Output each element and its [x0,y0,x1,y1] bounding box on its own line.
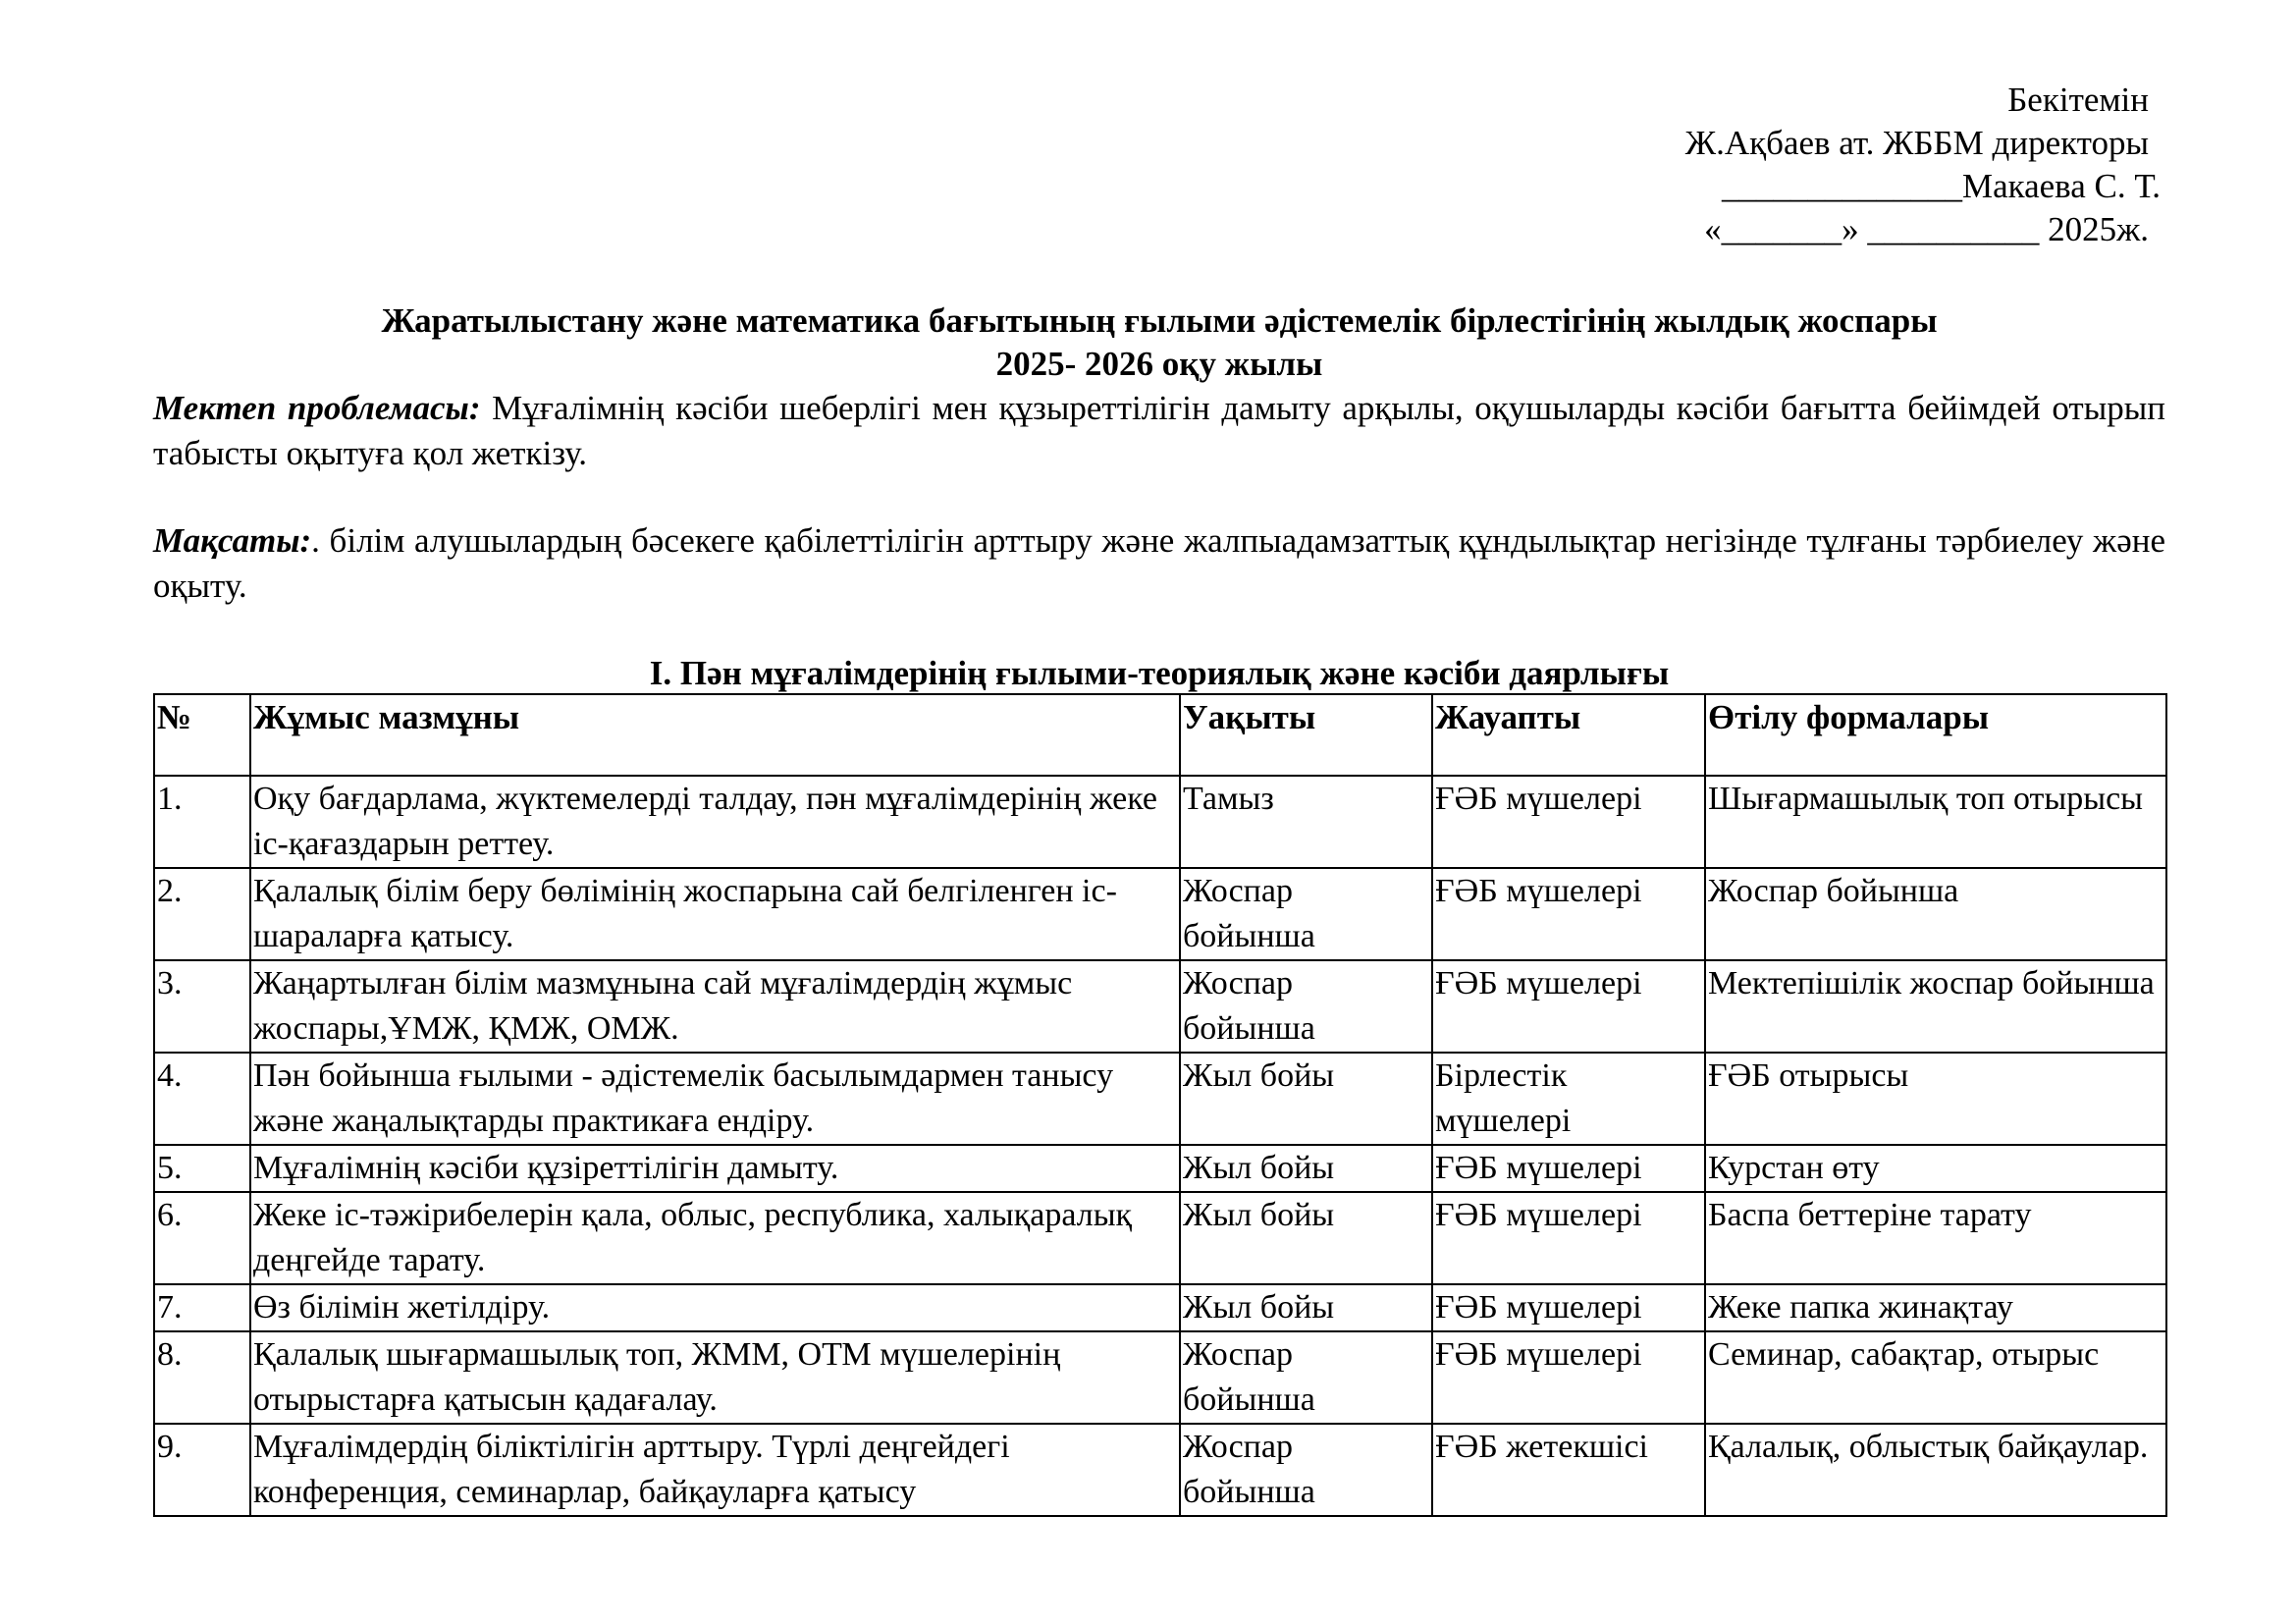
school-problem-label: Мектеп проблемасы: [153,389,481,427]
cell-form: Семинар, сабақтар, отырыс [1705,1331,2166,1424]
cell-number: 3. [154,960,250,1053]
document-title-main: Жаратылыстану және математика бағытының … [153,299,2165,343]
table-row: 7. Өз білімін жетілдіру. Жыл бойы ҒӘБ мү… [154,1284,2166,1331]
header-form: Өтілу формалары [1705,694,2166,776]
cell-time: Жыл бойы [1180,1284,1432,1331]
cell-time: Жоспар бойынша [1180,960,1432,1053]
header-responsible: Жауапты [1432,694,1705,776]
cell-form: Мектепішілік жоспар бойынша [1705,960,2166,1053]
cell-number: 6. [154,1192,250,1284]
table-row: 5. Мұғалімнің кәсіби құзіреттілігін дамы… [154,1145,2166,1192]
approval-date: «_______» __________ 2025ж. [1685,208,2149,251]
cell-number: 2. [154,868,250,960]
goal-text: . білім алушылардың бәсекеге қабілеттілі… [153,521,2165,605]
cell-time: Жыл бойы [1180,1053,1432,1145]
cell-content: Қалалық білім беру бөлімінің жоспарына с… [250,868,1180,960]
table-row: 4. Пән бойынша ғылыми - әдістемелік басы… [154,1053,2166,1145]
header-content: Жұмыс мазмұны [250,694,1180,776]
cell-form: ҒӘБ отырысы [1705,1053,2166,1145]
header-number: № [154,694,250,776]
cell-content: Өз білімін жетілдіру. [250,1284,1180,1331]
table-row: 6. Жеке іс-тәжірибелерін қала, облыс, ре… [154,1192,2166,1284]
cell-time: Жоспар бойынша [1180,1424,1432,1516]
table-row: 1. Оқу бағдарлама, жүктемелерді талдау, … [154,776,2166,868]
cell-content: Мұғалімдердің біліктілігін арттыру. Түрл… [250,1424,1180,1516]
section-title: I. Пән мұғалімдерінің ғылыми-теориялық ж… [153,652,2165,695]
table-row: 8. Қалалық шығармашылық топ, ЖММ, ОТМ мү… [154,1331,2166,1424]
cell-time: Жыл бойы [1180,1145,1432,1192]
cell-form: Баспа беттеріне тарату [1705,1192,2166,1284]
cell-responsible: ҒӘБ жетекшісі [1432,1424,1705,1516]
approval-position: Ж.Ақбаев ат. ЖББМ директоры [1685,122,2149,165]
cell-responsible: ҒӘБ мүшелері [1432,1284,1705,1331]
cell-responsible: ҒӘБ мүшелері [1432,1331,1705,1424]
approval-signature: ______________Макаева С. Т. [1685,165,2161,208]
cell-number: 4. [154,1053,250,1145]
cell-number: 9. [154,1424,250,1516]
cell-form: Қалалық, облыстық байқаулар. [1705,1424,2166,1516]
goal-paragraph: Мақсаты:. білім алушылардың бәсекеге қаб… [153,518,2165,609]
header-time: Уақыты [1180,694,1432,776]
table-header-row: № Жұмыс мазмұны Уақыты Жауапты Өтілу фор… [154,694,2166,776]
cell-time: Жыл бойы [1180,1192,1432,1284]
cell-responsible: ҒӘБ мүшелері [1432,868,1705,960]
cell-content: Жеке іс-тәжірибелерін қала, облыс, респу… [250,1192,1180,1284]
approval-block: Бекітемін Ж.Ақбаев ат. ЖББМ директоры __… [1685,79,2149,251]
cell-number: 5. [154,1145,250,1192]
document-title-year: 2025- 2026 оқу жылы [153,343,2165,386]
cell-number: 7. [154,1284,250,1331]
cell-number: 8. [154,1331,250,1424]
cell-content: Пән бойынша ғылыми - әдістемелік басылым… [250,1053,1180,1145]
cell-content: Қалалық шығармашылық топ, ЖММ, ОТМ мүшел… [250,1331,1180,1424]
document-title: Жаратылыстану және математика бағытының … [153,299,2165,386]
cell-time: Жоспар бойынша [1180,868,1432,960]
cell-responsible: ҒӘБ мүшелері [1432,1192,1705,1284]
cell-time: Тамыз [1180,776,1432,868]
cell-responsible: ҒӘБ мүшелері [1432,960,1705,1053]
cell-form: Жоспар бойынша [1705,868,2166,960]
cell-number: 1. [154,776,250,868]
cell-content: Мұғалімнің кәсіби құзіреттілігін дамыту. [250,1145,1180,1192]
cell-time: Жоспар бойынша [1180,1331,1432,1424]
school-problem-paragraph: Мектеп проблемасы: Мұғалімнің кәсіби шеб… [153,386,2165,476]
table-row: 9. Мұғалімдердің біліктілігін арттыру. Т… [154,1424,2166,1516]
approval-heading: Бекітемін [1685,79,2149,122]
cell-form: Жеке папка жинақтау [1705,1284,2166,1331]
cell-responsible: ҒӘБ мүшелері [1432,1145,1705,1192]
cell-responsible: Бірлестік мүшелері [1432,1053,1705,1145]
goal-label: Мақсаты: [153,521,311,560]
cell-content: Оқу бағдарлама, жүктемелерді талдау, пән… [250,776,1180,868]
plan-table: № Жұмыс мазмұны Уақыты Жауапты Өтілу фор… [153,693,2167,1517]
cell-form: Шығармашылық топ отырысы [1705,776,2166,868]
table-row: 3. Жаңартылған білім мазмұнына сай мұғал… [154,960,2166,1053]
cell-form: Курстан өту [1705,1145,2166,1192]
cell-responsible: ҒӘБ мүшелері [1432,776,1705,868]
cell-content: Жаңартылған білім мазмұнына сай мұғалімд… [250,960,1180,1053]
table-row: 2. Қалалық білім беру бөлімінің жоспарын… [154,868,2166,960]
